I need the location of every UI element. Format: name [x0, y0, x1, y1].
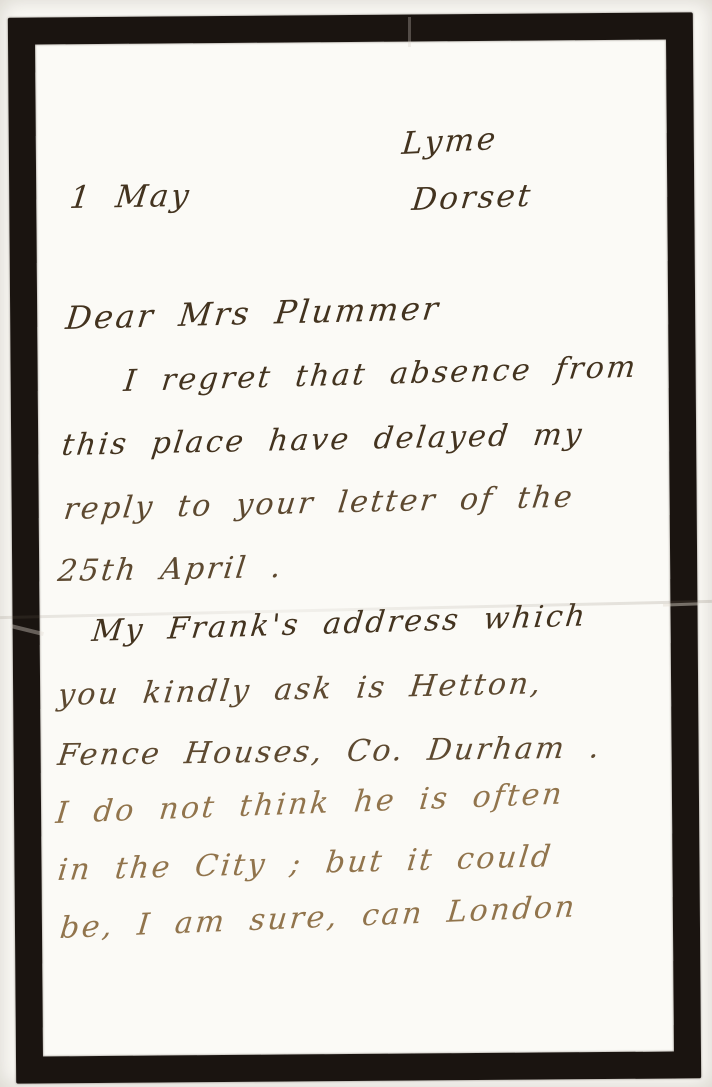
heading-place-line-1: Lyme: [400, 121, 499, 162]
letter-photo: Lyme Dorset 1 May Dear Mrs Plummer I reg…: [0, 0, 712, 1087]
date-line: 1 May: [68, 178, 194, 216]
heading-place-line-2: Dorset: [410, 178, 534, 218]
body-line-4: 25th April .: [56, 550, 285, 589]
